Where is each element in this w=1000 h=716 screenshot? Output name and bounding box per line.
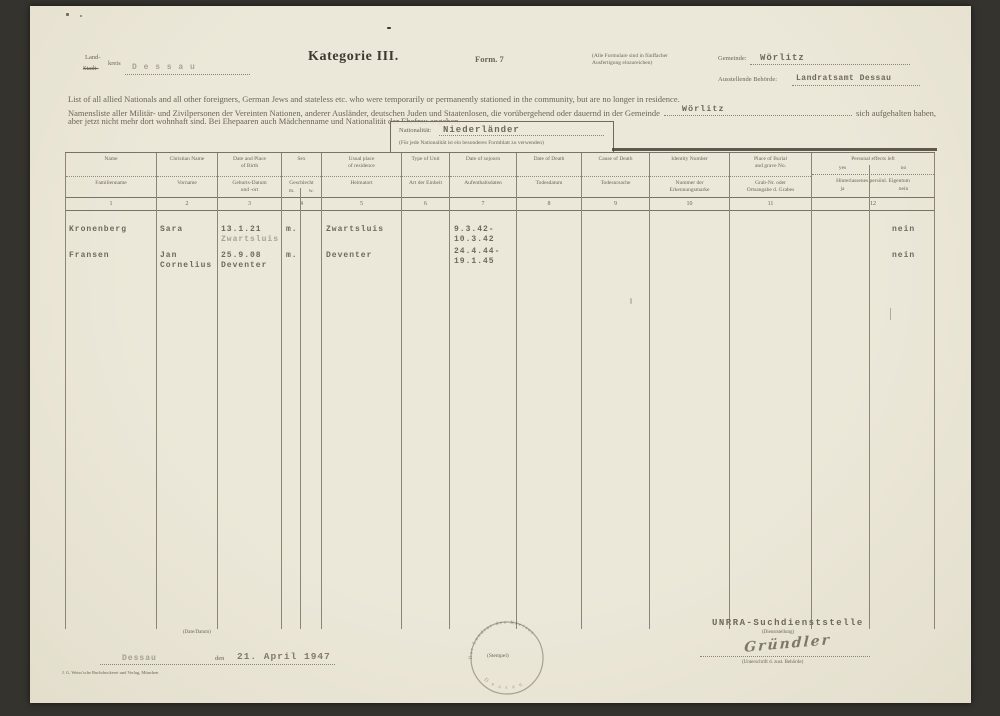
col-header-de: Geburts-Datum und -ort — [218, 177, 281, 197]
effects-ja-label: ja — [812, 186, 873, 197]
table-cell-birth: 25.9.08 Deventer — [221, 251, 267, 271]
col-body — [517, 211, 581, 629]
nationality-note: (Für jede Nationalität ist ein besondere… — [399, 140, 544, 146]
col-body: Kronenberg Fransen — [66, 211, 156, 629]
col-header-de: Todesdatum — [517, 177, 581, 197]
col-body: Sara Jan Cornelius — [157, 211, 217, 629]
behoerde-dotted-line — [792, 85, 920, 86]
col-number: 1 — [66, 197, 156, 211]
effects-subheader-en: yes no — [812, 165, 934, 175]
stamp-caption: (Stempel) — [487, 653, 509, 659]
date-caption: (Date/Datum) — [183, 630, 211, 635]
table-cell-name: Fransen — [69, 251, 110, 261]
behoerde-value: Landratsamt Dessau — [796, 74, 891, 83]
col-number: 5 — [322, 197, 401, 211]
col-body — [582, 211, 649, 629]
effects-yes-label: yes — [812, 165, 873, 174]
effects-nein-label: nein — [873, 186, 934, 197]
place-value: Dessau — [122, 654, 157, 663]
scanned-document-page: Land- Stadt- kreis D e s s a u Kategorie… — [0, 0, 1000, 716]
column-christian-name: Christian Name Vorname 2 Sara Jan Cornel… — [157, 153, 218, 629]
nationality-box: Nationalität: Niederländer (Für jede Nat… — [390, 121, 614, 153]
column-unit-type: Type of Unit Art der Einheit 6 — [402, 153, 450, 629]
intro-line-en: List of all allied Nationals and all oth… — [68, 94, 936, 104]
org-value: UNRRA-Suchdienststelle — [712, 618, 864, 628]
column-birth: Date and Place of Birth Geburts-Datum un… — [218, 153, 282, 629]
col-header-de: Geschlecht — [282, 177, 321, 188]
table-top-heavy-rule — [612, 148, 937, 151]
col-body: nein nein — [812, 211, 934, 629]
col-header-de: Art der Einheit — [402, 177, 449, 197]
persons-table: Name Familienname 1 Kronenberg Fransen C… — [65, 152, 935, 629]
kreis-dotted-line — [125, 74, 250, 75]
col-header-en: Date of Death — [517, 153, 581, 177]
intro-dotted-gap: Wörlitz — [664, 105, 852, 116]
col-number: 11 — [730, 197, 811, 211]
kreis-label-stadt: Stadt- — [83, 65, 99, 72]
col-body: 9.3.42- 10.3.42 24.4.44- 19.1.45 — [450, 211, 516, 629]
date-line — [100, 664, 335, 665]
table-cell-effects: nein — [892, 251, 915, 261]
table-cell-residence: Deventer — [326, 251, 372, 261]
col-number: 12 — [812, 197, 934, 211]
scan-artifact — [630, 298, 632, 304]
signature-caption: (Unterschrift d. zust. Behörde) — [742, 660, 803, 665]
sex-column-divider — [300, 188, 301, 629]
col-number: 6 — [402, 197, 449, 211]
table-cell-name: Kronenberg — [69, 225, 127, 235]
col-number: 3 — [218, 197, 281, 211]
col-header-en: Usual place of residence — [322, 153, 401, 177]
col-header-en: Cause of Death — [582, 153, 649, 177]
nationality-dotted-line — [439, 135, 604, 136]
sex-m-label: m. — [282, 188, 302, 197]
org-caption: (Dienststellung) — [762, 630, 794, 635]
col-header-de: Familienname — [66, 177, 156, 197]
col-header-de: Todesursache — [582, 177, 649, 197]
printer-imprint: J. G. Weiss'sche Buchdruckerei und Verla… — [62, 670, 158, 675]
form-number: Form. 7 — [475, 54, 504, 64]
effects-column-divider — [869, 165, 870, 629]
column-effects: Personal effects left yes no Hinterlasse… — [812, 153, 935, 629]
den-label: den — [215, 655, 224, 662]
page-title: Kategorie III. — [308, 49, 399, 65]
col-number: 4 — [282, 197, 321, 211]
signature-line — [700, 656, 870, 657]
column-burial: Place of Burial and grave No. Grab-Nr. o… — [730, 153, 812, 629]
table-cell-birth-place: Zwartsluis — [221, 235, 279, 245]
table-cell-sex: m. — [286, 251, 298, 261]
column-sex: Sex Geschlecht m. w. 4 m. m. — [282, 153, 322, 629]
col-header-en: Place of Burial and grave No. — [730, 153, 811, 177]
scan-artifact — [66, 13, 69, 16]
gemeinde-dotted-line — [750, 64, 910, 65]
scan-artifact — [80, 15, 82, 17]
sex-w-label: w. — [302, 188, 322, 197]
col-body — [402, 211, 449, 629]
nationality-label: Nationalität: — [399, 127, 432, 134]
column-residence: Usual place of residence Heimatort 5 Zwa… — [322, 153, 402, 629]
column-name: Name Familienname 1 Kronenberg Fransen — [65, 153, 157, 629]
kreis-value: D e s s a u — [132, 63, 196, 72]
col-body — [730, 211, 811, 629]
table-cell-residence: Zwartsluis — [326, 225, 384, 235]
col-number: 10 — [650, 197, 729, 211]
col-body: Zwartsluis Deventer — [322, 211, 401, 629]
column-identity-number: Identity Number Nummer der Erkennungsmar… — [650, 153, 730, 629]
col-header-de: Grab-Nr. oder Ortsangabe d. Grabes — [730, 177, 811, 197]
effects-no-label: no — [873, 165, 934, 174]
sex-subheader: m. w. — [282, 188, 321, 197]
col-body: m. m. — [282, 211, 321, 629]
kreis-label-land: Land- — [85, 54, 101, 61]
table-cell-sex: m. — [286, 225, 298, 235]
col-header-en: Name — [66, 153, 156, 177]
column-sojourn: Date of sojourn Aufenthaltsdaten 7 9.3.4… — [450, 153, 517, 629]
col-number: 2 — [157, 197, 217, 211]
table-cell-vorname: Sara — [160, 225, 183, 235]
table-cell-effects: nein — [892, 225, 915, 235]
col-number: 9 — [582, 197, 649, 211]
date-value: 21. April 1947 — [237, 651, 331, 662]
col-header-de: Vorname — [157, 177, 217, 197]
col-header-en: Personal effects left — [812, 153, 934, 165]
scan-artifact — [387, 27, 391, 29]
col-header-en: Date and Place of Birth — [218, 153, 281, 177]
col-header-en: Type of Unit — [402, 153, 449, 177]
col-body: 13.1.21 Zwartsluis 25.9.08 Deventer — [218, 211, 281, 629]
col-body — [650, 211, 729, 629]
col-header-en: Christian Name — [157, 153, 217, 177]
nationality-value: Niederländer — [443, 125, 520, 135]
col-header-en: Date of sojourn — [450, 153, 516, 177]
table-cell-vorname: Jan Cornelius — [160, 251, 212, 271]
behoerde-label: Ausstellende Behörde: — [718, 76, 777, 83]
col-header-en: Sex — [282, 153, 321, 177]
column-death-date: Date of Death Todesdatum 8 — [517, 153, 582, 629]
kreis-label-kreis: kreis — [108, 60, 121, 67]
column-death-cause: Cause of Death Todesursache 9 — [582, 153, 650, 629]
effects-subheader-de: ja nein — [812, 186, 934, 197]
col-number: 7 — [450, 197, 516, 211]
col-header-de: Nummer der Erkennungsmarke — [650, 177, 729, 197]
col-number: 8 — [517, 197, 581, 211]
scan-artifact — [890, 308, 891, 320]
table-cell-birth-date: 13.1.21 — [221, 225, 262, 235]
gemeinde-value: Wörlitz — [760, 53, 805, 63]
gemeinde-label: Gemeinde: — [718, 55, 747, 62]
table-cell-sojourn: 24.4.44- 19.1.45 — [454, 247, 500, 267]
col-header-de: Aufenthaltsdaten — [450, 177, 516, 197]
intro-gemeinde-value: Wörlitz — [682, 104, 725, 114]
col-header-de: Heimatort — [322, 177, 401, 197]
table-cell-sojourn: 9.3.42- 10.3.42 — [454, 225, 495, 245]
col-header-en: Identity Number — [650, 153, 729, 177]
col-header-de: Hinterlassenes persönl. Eigentum — [812, 175, 934, 186]
